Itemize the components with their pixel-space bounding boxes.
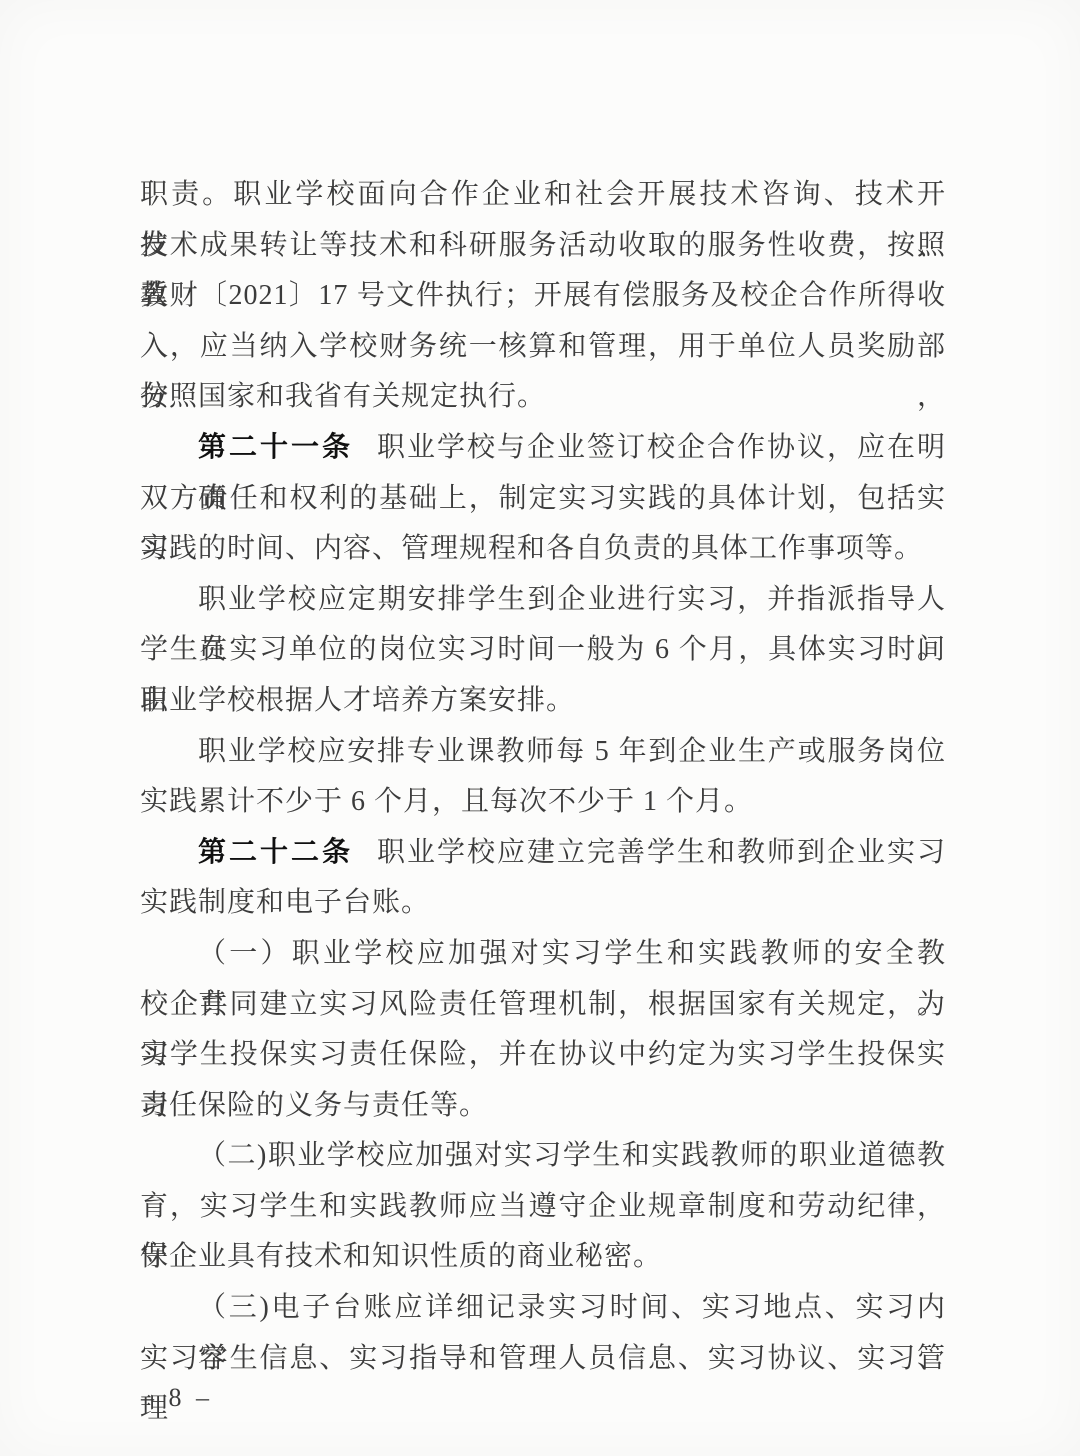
text-line: 实践制度和电子台账。: [140, 878, 946, 929]
text-line: 实践的时间、内容、管理规程和各自负责的具体工作事项等。: [140, 524, 946, 575]
text-line: 职业学校应定期安排学生到企业进行实习，并指派指导人员。: [140, 575, 946, 626]
text-line: 第二十二条职业学校应建立完善学生和教师到企业实习: [140, 828, 946, 879]
text-line: 习学生投保实习责任保险，并在协议中约定为实习学生投保实习: [140, 1030, 946, 1081]
document-page: 职责。职业学校面向合作企业和社会开展技术咨询、技术开发、技术成果转让等技术和科研…: [0, 0, 1080, 1456]
text-line: 育，实习学生和实践教师应当遵守企业规章制度和劳动纪律，保: [140, 1182, 946, 1233]
text-line: 实践累计不少于 6 个月，且每次不少于 1 个月。: [140, 777, 946, 828]
text-line: 职业学校根据人才培养方案安排。: [140, 676, 946, 727]
text-line: 实习学生信息、实习指导和管理人员信息、实习协议、实习管理: [140, 1334, 946, 1385]
document-body: 职责。职业学校面向合作企业和社会开展技术咨询、技术开发、技术成果转让等技术和科研…: [140, 170, 946, 1384]
text-line: 责任保险的义务与责任等。: [140, 1081, 946, 1132]
text-line: 守企业具有技术和知识性质的商业秘密。: [140, 1232, 946, 1283]
text-line: （一）职业学校应加强对实习学生和实践教师的安全教育。: [140, 929, 946, 980]
text-line: 技术成果转让等技术和科研服务活动收取的服务性收费，按照冀: [140, 221, 946, 272]
text-line: 教财〔2021〕17 号文件执行；开展有偿服务及校企合作所得收: [140, 271, 946, 322]
text-line: 职业学校应安排专业课教师每 5 年到企业生产或服务岗位: [140, 727, 946, 778]
text-line: 双方责任和权利的基础上，制定实习实践的具体计划，包括实习: [140, 474, 946, 525]
text-line: 校企共同建立实习风险责任管理机制，根据国家有关规定，为实: [140, 980, 946, 1031]
line-text: 职业学校应建立完善学生和教师到企业实习: [377, 837, 946, 868]
text-line: （三)电子台账应详细记录实习时间、实习地点、实习内容、: [140, 1283, 946, 1334]
page-number-footer: – 8 –: [141, 1381, 213, 1415]
article-number: 第二十二条: [198, 837, 353, 868]
text-line: 第二十一条职业学校与企业签订校企合作协议，应在明确: [140, 423, 946, 474]
text-line: （二)职业学校应加强对实习学生和实践教师的职业道德教: [140, 1131, 946, 1182]
text-line: 入，应当纳入学校财务统一核算和管理，用于单位人员奖励部分，: [140, 322, 946, 373]
text-line: 职责。职业学校面向合作企业和社会开展技术咨询、技术开发、: [140, 170, 946, 221]
text-line: 学生在实习单位的岗位实习时间一般为 6 个月，具体实习时间由: [140, 625, 946, 676]
article-number: 第二十一条: [198, 432, 353, 463]
